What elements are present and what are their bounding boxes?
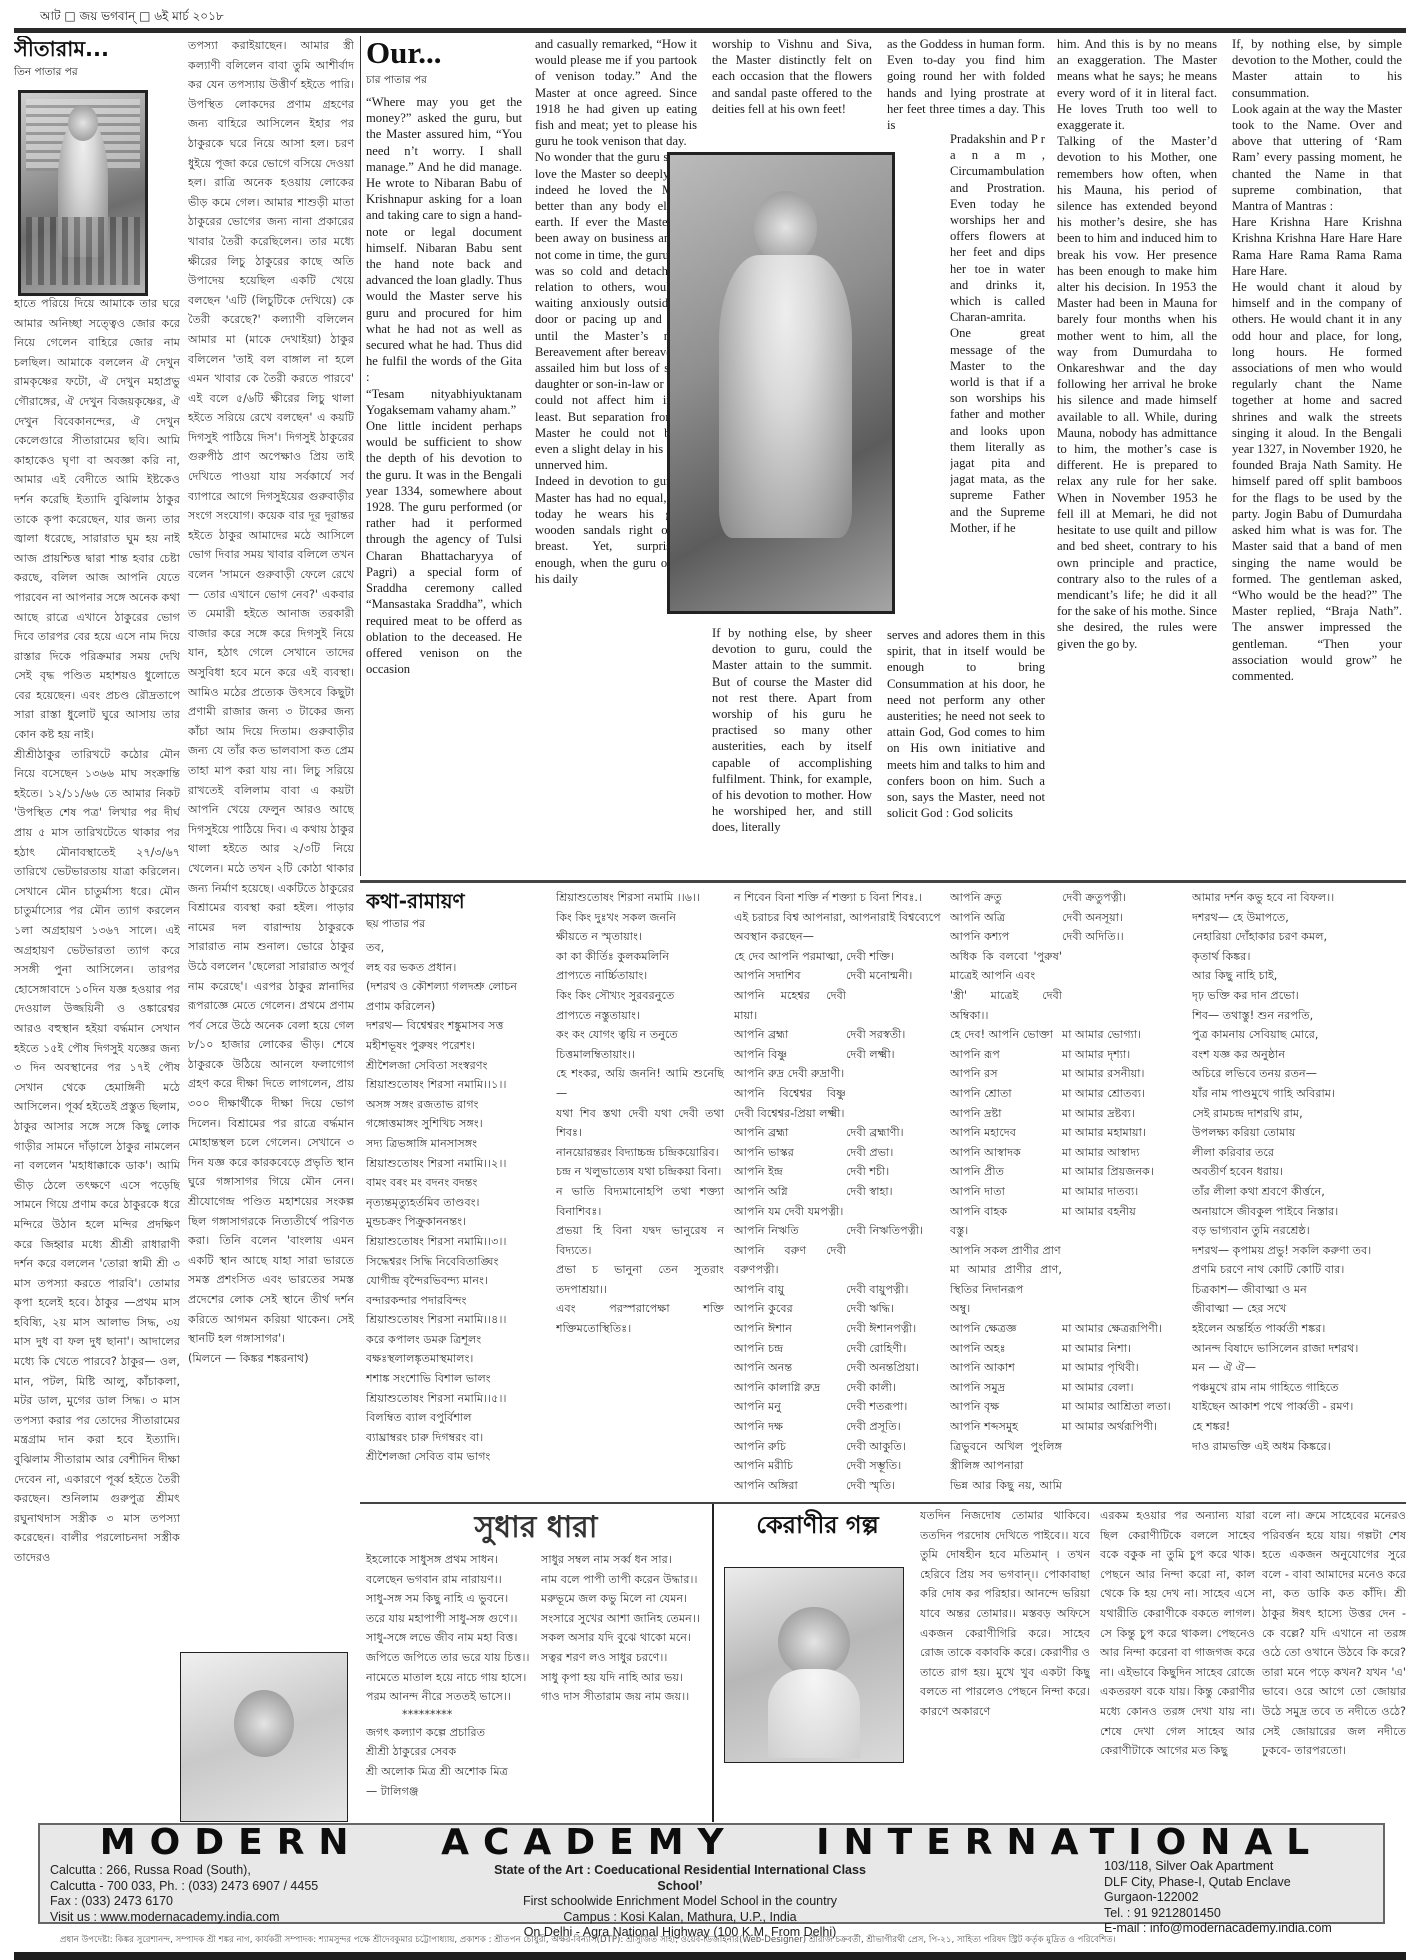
verse-line: আপনি কালাগ্নি রুদ্রদেবী কালী। [734, 1378, 944, 1398]
verse-line: শ্রিয়াশুতোষং শিরসা নমামি ।।৬।। [556, 888, 724, 908]
verse-right: মা আমার পৃথিবী। [1062, 1358, 1139, 1378]
verse-right: দেবী সম্ভূতি। [846, 1456, 901, 1476]
verse-line: আপনি পুলস্ত্যদেবী প্রীতি। [734, 1495, 944, 1498]
sitaram-continued: তিন পাতার পর [14, 64, 180, 80]
verse-line: ইহলোকে সাধুসঙ্গ প্রথম সাধন। [366, 1550, 531, 1570]
verse-line: অধিক কি বলবো 'পুরুষ' মাত্রেই আপনি এবং [950, 947, 1180, 986]
our-text-col5: him. And this is by no means an exaggera… [1057, 36, 1217, 652]
verse-line: আপনি সদাশিবদেবী মনোন্মনী। [734, 966, 944, 986]
verse-left: আপনি বরুণ দেবী বরুণপত্নী। [734, 1241, 846, 1280]
verse-line: শশাঙ্ক সংশোভি বিশাল ভালং [366, 1369, 546, 1389]
verse-line: আপনি বরুণ দেবী বরুণপত্নী। [734, 1241, 944, 1280]
verse-line: বস্তু। [950, 1221, 1180, 1241]
verse-right: মা আমার ভোগ্যা। [1062, 1025, 1141, 1045]
katha-col3: ন শিবেন বিনা শক্তি র্ন শক্ত্যা চ বিনা শি… [734, 888, 944, 1498]
verse-right: মা আমার আস্বাদ্য [1062, 1143, 1139, 1163]
verse-line: জপিতে জপিতে তার ভরে যায় চিত্ত।। [366, 1648, 531, 1668]
katha-col1-lines: তব,লহ বর ভকত প্রধান।(দশরথ ও কৌশল্যা গলদশ… [366, 938, 546, 1467]
verse-left: আপনি রুচি [734, 1437, 846, 1457]
kerani-col3: বলে না। ক্রমে সাহেবের মনেরও পরিবর্ত্তন হ… [1262, 1506, 1406, 1822]
verse-line: নাম বলে পাপী তাপী করেন উদ্ধার।। [541, 1570, 706, 1590]
verse-right: দেবী বায়ুপত্নী। [846, 1280, 908, 1300]
verse-left: আপনি অঙ্গিরা [734, 1476, 846, 1496]
ad-campus-info: State of the Art : Coeducational Residen… [470, 1863, 890, 1941]
verse-line: আর কিছু নাহি চাই, [1192, 966, 1406, 986]
verse-line: — টালিগঞ্জ [366, 1782, 706, 1802]
our-text-col4-top: as the Goddess in human form. Even to-da… [887, 36, 1045, 133]
verse-line: আপনি রূপমা আমার দৃশ্যা। [950, 1045, 1180, 1065]
ad-modern-academy: MODERN ACADEMY INTERNATIONAL Calcutta : … [38, 1823, 1385, 1924]
verse-left: 'স্ত্রী' মাত্রেই দেবী অম্বিকা।। [950, 986, 1062, 1025]
verse-right: দেবী শতরূপা। [846, 1397, 907, 1417]
verse-line: শ্রিয়াশুতোষং শিরসা নমামি।।৩।। [366, 1232, 546, 1252]
verse-line: আপনি অঙ্গিরাদেবী স্মৃতি। [734, 1476, 944, 1496]
verse-line: 'স্ত্রী' মাত্রেই দেবী অম্বিকা।। [950, 986, 1180, 1025]
verse-line: সেই রামচন্দ্র দাশরথি রাম, [1192, 1104, 1406, 1124]
verse-line: বলেছেন ভগবান রাম নারায়ণ।। [366, 1570, 531, 1590]
verse-line: আপনি দক্ষদেবী প্রসূতি। [734, 1417, 944, 1437]
verse-line: নামেতে মাতাল হয়ে নাচে গায় হাসে। [366, 1668, 531, 1688]
verse-line: ন শিবেন বিনা শক্তি র্ন শক্ত্যা চ বিনা শি… [734, 888, 944, 908]
verse-line: সত্বর শরণ লও সাধুর চরণে।। [541, 1648, 706, 1668]
verse-line: জীবাত্মা — হের সখে [1192, 1299, 1406, 1319]
katha-continued: ছয় পাতার পর [366, 916, 546, 932]
verse-line: পরম আনন্দ নীরে সততই ভাসে।। [366, 1687, 531, 1707]
sudhar-title: সুধার ধারা [366, 1506, 706, 1550]
verse-line: সিদ্ধেশ্বরং সিদ্ধি নিবেবিতাঙ্ঘিং [366, 1252, 546, 1272]
verse-line: তরে যায় মহাপাপী সাধু-সঙ্গ গুণে।। [366, 1609, 531, 1629]
ad-title: MODERN ACADEMY INTERNATIONAL [40, 1823, 1383, 1863]
verse-line: আপনি ইন্দ্রদেবী শচী। [734, 1162, 944, 1182]
verse-left: আপনি ক্রতু [950, 888, 1062, 908]
verse-line: নানয়োরন্তরং বিদ্যাচ্চন্দ্র চন্দ্রিকয়োর… [556, 1143, 724, 1163]
verse-line: আপনি বিশ্বেশ্বর বিষ্ণু দেবী বিশ্বেশ্বর-প… [734, 1084, 944, 1123]
verse-left: আপনি অগ্নি [734, 1182, 846, 1202]
verse-right: মা আমার শ্রোতব্য। [1062, 1084, 1145, 1104]
verse-line: অসঙ্গ সঙ্গং রজতাভ রাগং [366, 1095, 546, 1115]
verse-line: বন্দারকন্দার পদারবিন্দং [366, 1291, 546, 1311]
verse-right: মা আমার ক্ষেত্ররূপিণী। [1062, 1319, 1162, 1339]
verse-line: কৃতার্থ কিঙ্কর। [1192, 947, 1406, 967]
verse-line: সাধু-সঙ্গ সম কিছু নাহি এ ভুবনে। [366, 1589, 531, 1609]
verse-line: অবস্থান করছেন— [734, 927, 944, 947]
verse-line: আপনি নিঋতিদেবী নিঋতিপত্নী। [734, 1221, 944, 1241]
verse-line: আপনি চন্দ্রদেবী রোহিণী। [734, 1339, 944, 1359]
verse-line: বক্ষঃস্থলালঙ্কৃতমাস্থমালং। [366, 1349, 546, 1369]
verse-line: উপলক্ষ্য করিয়া তোমায় [1192, 1123, 1406, 1143]
verse-left: আপনি বাহক [950, 1202, 1062, 1222]
ad-website-link[interactable]: Visit us : www.modernacademy.india.com [50, 1910, 318, 1926]
verse-right: দেবী ঋদ্ধি। [846, 1299, 894, 1319]
verse-line: আপনি শব্দসমুহমা আমার অর্থরূপিণী। [950, 1417, 1180, 1437]
ad-right-line: Gurgaon-122002 [1104, 1890, 1332, 1906]
sudhar-col1: ইহলোকে সাধুসঙ্গ প্রথম সাধন।বলেছেন ভগবান … [366, 1550, 531, 1707]
verse-right: মা আমার প্রিয়জনক। [1062, 1162, 1154, 1182]
verse-line: মন — ঐ ঐ— [1192, 1358, 1406, 1378]
verse-left: আপনি বিশ্বেশ্বর বিষ্ণু দেবী বিশ্বেশ্বর-প… [734, 1084, 846, 1123]
verse-right: মা আমার বহনীয় [1062, 1202, 1136, 1222]
verse-left: আপনি রুদ্র দেবী রুদ্রাণী। [734, 1064, 846, 1084]
verse-line: ব্যাঘ্রাম্বরং চারু দিগম্বরং বা। [366, 1428, 546, 1448]
verse-line: নেহারিয়া দোঁহাকার চরণ কমল, [1192, 927, 1406, 947]
verse-right: দেবী লক্ষ্মী। [846, 1045, 895, 1065]
verse-line: যোগীন্দ্র বৃন্দৈরভিবন্দ্য মানং। [366, 1271, 546, 1291]
verse-line: শিব— তথাস্তু! শুন নরপতি, [1192, 1006, 1406, 1026]
verse-left: ভিন্ন আর কিছু নয়, আমি আপনাদের [950, 1476, 1062, 1498]
katha-col4-lines: আপনি ক্রতুদেবী ক্রতুপত্নী।আপনি অত্রিদেবী… [950, 888, 1180, 1498]
verse-right: দেবী স্মৃতি। [846, 1476, 895, 1496]
verse-left: আপনি মহাদেব [950, 1123, 1062, 1143]
verse-left: আপনি পুলস্ত্য [734, 1495, 846, 1498]
verse-line: যথা শিব স্তথা দেবী যথা দেবী তথা শিবঃ। [556, 1104, 724, 1143]
column-divider-2 [712, 1504, 714, 1822]
verse-line: আপনি মহেশ্বর দেবী মায়া। [734, 986, 944, 1025]
verse-line: আপনি মরীচিদেবী সম্ভূতি। [734, 1456, 944, 1476]
verse-left: অধিক কি বলবো 'পুরুষ' মাত্রেই আপনি এবং [950, 947, 1062, 986]
verse-line: আপনি বিষ্ণুদেবী লক্ষ্মী। [734, 1045, 944, 1065]
sudhar-credits: জগৎ কল্যাণ কল্পে প্রচারিতশ্রীশ্রী ঠাকুরে… [366, 1723, 706, 1801]
verse-left: আপনি ঈশান [734, 1319, 846, 1339]
verse-left: হে দেব! আপনি ভোক্তা [950, 1025, 1062, 1045]
kerani-col1: যতদিন নিজদোষ তোমার থাকিবে। ততদিন পরদোষ দ… [920, 1506, 1090, 1822]
verse-line: প্রভা চ ভানুনা তেন সুতরাং তদপাশ্রয়া।। [556, 1260, 724, 1299]
verse-left: আপনি কুবের [734, 1299, 846, 1319]
verse-line: মহীশভূষং পুরুষং পরেশং। [366, 1036, 546, 1056]
verse-left: বস্তু। [950, 1221, 1062, 1241]
verse-line: লহ বর ভকত প্রধান। [366, 958, 546, 978]
verse-line: সকল অসার যদি বুঝে থাকো মনে। [541, 1628, 706, 1648]
ad-mid-line: Campus : Kosi Kalan, Mathura, U.P., Indi… [470, 1910, 890, 1926]
verse-line: হে শঙ্কর! [1192, 1417, 1406, 1437]
katha-col2: শ্রিয়াশুতোষং শিরসা নমামি ।।৬।।কিং কিং দ… [556, 888, 724, 1498]
verse-left: আপনি সকল প্রাণীর প্রাণ [950, 1241, 1062, 1261]
verse-line: আনন্দ বিষাদে ভাসিলেন রাজা দশরথ। [1192, 1339, 1406, 1359]
katha-col4: আপনি ক্রতুদেবী ক্রতুপত্নী।আপনি অত্রিদেবী… [950, 888, 1180, 1498]
top-rule [14, 28, 1406, 33]
verse-line: চিত্রকাশ— জীবাত্মা ও মন [1192, 1280, 1406, 1300]
verse-left: আপনি রূপ [950, 1045, 1062, 1065]
our-col1: Our... চার পাতার পর “Where may you get t… [366, 36, 522, 876]
kerani-col2: এরকম হওয়ার পর অন্যান্য যারা ছিল কেরাণীট… [1100, 1506, 1255, 1822]
verse-left: মা আমার প্রাণীর প্রাণ, স্থিতির নিদানরূপ [950, 1260, 1062, 1299]
verse-line: আপনি ব্রহ্মাদেবী ব্রহ্মাণী। [734, 1123, 944, 1143]
verse-line: অম্বু। [950, 1299, 1180, 1319]
verse-line: কিং কিং সৌখ্যং সুরবরনুতে [556, 986, 724, 1006]
katha-col2-lines: শ্রিয়াশুতোষং শিরসা নমামি ।।৬।।কিং কিং দ… [556, 888, 724, 1339]
verse-line: আপনি বৃক্ষমা আমার আশ্রিতা লতা। [950, 1397, 1180, 1417]
ad-left-line: Calcutta : 266, Russa Road (South), [50, 1863, 318, 1879]
our-title: Our... [366, 36, 522, 70]
verse-left: আপনি অত্রি [950, 908, 1062, 928]
verse-line: আপনি অত্রিদেবী অনসূয়া। [950, 908, 1180, 928]
verse-line: বড় ভাগ্যবান তুমি নরশ্রেষ্ঠ। [1192, 1221, 1406, 1241]
our-col4-top: as the Goddess in human form. Even to-da… [887, 36, 1045, 146]
verse-line: হে দেব! আপনি ভোক্তামা আমার ভোগ্যা। [950, 1025, 1180, 1045]
sudhar-block: সুধার ধারা ইহলোকে সাধুসঙ্গ প্রথম সাধন।বল… [366, 1506, 706, 1826]
verse-line: গঙ্গোত্তমাঙ্গং সুশিখিচ সঙ্গং। [366, 1114, 546, 1134]
ad-address-calcutta: Calcutta : 266, Russa Road (South), Calc… [50, 1863, 318, 1925]
verse-left: আপনি প্রীত [950, 1162, 1062, 1182]
verse-right: দেবী শচী। [846, 1162, 889, 1182]
verse-right: দেবী অনসূয়া। [1062, 908, 1123, 928]
verse-line: বামং বৰং মং বদনং বদন্তং [366, 1173, 546, 1193]
verse-left: আপনি মরীচি [734, 1456, 846, 1476]
verse-line: আপনি সকল প্রাণীর প্রাণ [950, 1241, 1180, 1261]
verse-left: আপনি কশ্যপ [950, 927, 1062, 947]
verse-line: শ্রী অলোক মিত্র শ্রী অশোক মিত্র [366, 1762, 706, 1782]
our-text-col3-bottom: If by nothing else, by sheer devotion to… [712, 625, 872, 836]
verse-line: আপনি ব্রহ্মাদেবী সরস্বতী। [734, 1025, 944, 1045]
verse-right: মা আমার দৃশ্যা। [1062, 1045, 1130, 1065]
verse-left: আপনি অনন্ত [734, 1358, 846, 1378]
verse-right: দেবী প্রীতি। [846, 1495, 897, 1498]
verse-line: শ্রিয়াশুতোষং শিরসা নমামি।।১।। [366, 1075, 546, 1095]
sitaram-title: সীতারাম... [14, 36, 180, 62]
ad-right-line: DLF City, Phase-I, Qutab Enclave [1104, 1875, 1332, 1891]
verse-line: (দশরথ ও কৌশল্যা গলদশ্রু লোচন [366, 977, 546, 997]
verse-line: বিলম্বিত ব্যাল বপুর্বিশাল [366, 1408, 546, 1428]
verse-line: আপনি ক্রতুদেবী ক্রতুপত্নী। [950, 888, 1180, 908]
verse-right: মা আমার দ্রষ্টব্য। [1062, 1104, 1135, 1124]
verse-left: আপনি বৃক্ষ [950, 1397, 1062, 1417]
verse-left: আপনি মনু [734, 1397, 846, 1417]
verse-left: আপনি দাতা [950, 1182, 1062, 1202]
verse-line: যাঁর নাম পাণ্ডমুখে গাহি অবিরাম। [1192, 1084, 1406, 1104]
our-col4-side: Pradakshin and P r a n a m , Circumambul… [950, 131, 1045, 627]
verse-line: চন্দ্র ন খলুভাত্যেষ যথা চন্দ্রিকয়া বিনা… [556, 1162, 724, 1182]
verse-line: কা কা কীর্তিঃ কুলকমলিনি [556, 947, 724, 967]
verse-line: দৃঢ় ভক্তি কর দান প্রভো। [1192, 986, 1406, 1006]
verse-right: মা আমার আশ্রিতা লতা। [1062, 1397, 1171, 1417]
verse-line: আপনি রুদ্র দেবী রুদ্রাণী। [734, 1064, 944, 1084]
verse-left: আপনি শ্রোতা [950, 1084, 1062, 1104]
verse-line: আপনি সমুদ্রমা আমার বেলা। [950, 1378, 1180, 1398]
verse-line: আপনি শ্রোতামা আমার শ্রোতব্য। [950, 1084, 1180, 1104]
verse-line: সাধু-সঙ্গে লভে জীব নাম মহা বিত্ত। [366, 1628, 531, 1648]
verse-right: দেবী ঈশানপত্নী। [846, 1319, 916, 1339]
verse-right: দেবী প্রভা। [846, 1143, 893, 1163]
verse-line: হে দেব আপনি পরমাত্মা,দেবী শক্তি। [734, 947, 944, 967]
verse-line: করে কপালং ডমরু ত্রিশূলং [366, 1330, 546, 1350]
verse-line: আমার দর্শন কভু হবে না বিফল।। [1192, 888, 1406, 908]
our-text-col6: If, by nothing else, by simple devotion … [1232, 36, 1402, 684]
verse-line: আপনি ক্ষেত্রজ্ঞমা আমার ক্ষেত্ররূপিণী। [950, 1319, 1180, 1339]
verse-line: আপনি অগ্নিদেবী স্বাহা। [734, 1182, 944, 1202]
verse-right: দেবী কালী। [846, 1378, 896, 1398]
verse-line: আপনি বায়ুদেবী বায়ুপত্নী। [734, 1280, 944, 1300]
verse-line: দশরথ— বিশ্বেশ্বরং শঙ্কুমাসব সত্ত [366, 1016, 546, 1036]
katha-col3-lines: ন শিবেন বিনা শক্তি র্ন শক্ত্যা চ বিনা শি… [734, 888, 944, 1498]
verse-left: আপনি মহেশ্বর দেবী মায়া। [734, 986, 846, 1025]
verse-line: আপনি মনুদেবী শতরূপা। [734, 1397, 944, 1417]
sitaram-col2: তপস্যা করাইয়াছেন। আমার স্ত্রী কল্যাণী ব… [188, 36, 354, 1466]
verse-line: আপনি অনন্তদেবী অনন্তপ্রিয়া। [734, 1358, 944, 1378]
verse-line: সাধুর সম্বল নাম সর্ব্ব ধন সার। [541, 1550, 706, 1570]
ad-mid-line: First schoolwide Enrichment Model School… [470, 1894, 890, 1910]
section-rule-2 [360, 1502, 1406, 1504]
katha-col5: আমার দর্শন কভু হবে না বিফল।।দশরথ— হে উমা… [1192, 888, 1406, 1498]
verse-line: শ্রীশৈলজা সেবিত বাম ভাগং [366, 1447, 546, 1467]
katha-title: কথা-রামায়ণ [366, 888, 546, 914]
ad-tagline: State of the Art : Coeducational Residen… [470, 1863, 890, 1894]
verse-right: দেবী ব্রহ্মাণী। [846, 1123, 904, 1143]
sudhar-col2: সাধুর সম্বল নাম সর্ব্ব ধন সার।নাম বলে পা… [541, 1550, 706, 1707]
photo-saint-closeup [724, 1567, 904, 1763]
verse-line: ক্ষীয়তে ন স্মৃতায়াং। [556, 927, 724, 947]
verse-line: প্রাপ্যতে নস্তুতায়াং। [556, 1006, 724, 1026]
ad-right-line: 103/118, Silver Oak Apartment [1104, 1859, 1332, 1875]
kerani-title: কেরাণীর গল্প [720, 1508, 915, 1542]
verse-line: আপনি দ্রষ্টামা আমার দ্রষ্টব্য। [950, 1104, 1180, 1124]
verse-line: অনায়াসে জীবকুল পাইবে নিস্তার। [1192, 1202, 1406, 1222]
photo-master-seated [667, 152, 895, 614]
verse-left: আপনি ক্ষেত্রজ্ঞ [950, 1319, 1062, 1339]
verse-right: মা আমার নিশা। [1062, 1339, 1131, 1359]
verse-left: আপনি সমুদ্র [950, 1378, 1062, 1398]
verse-right: দেবী অদিতি।। [1062, 927, 1124, 947]
verse-left: ত্রিভুবনে অখিল পুংলিঙ্গ স্ত্রীলিঙ্গ আপনা… [950, 1437, 1062, 1476]
verse-left: আপনি ব্রহ্মা [734, 1123, 846, 1143]
verse-right: দেবী প্রসূতি। [846, 1417, 901, 1437]
verse-line: শ্রীশৈলজা সেবিতা সংস্বরণং [366, 1056, 546, 1076]
ad-phone: Tel. : 91 9212801450 [1104, 1906, 1332, 1922]
verse-line: আপনি প্রীতমা আমার প্রিয়জনক। [950, 1162, 1180, 1182]
verse-right: দেবী শক্তি। [846, 947, 894, 967]
verse-left: আপনি দ্রষ্টা [950, 1104, 1062, 1124]
verse-left: আপনি রস [950, 1064, 1062, 1084]
verse-line: আপনি আস্বাদকমা আমার আস্বাদ্য [950, 1143, 1180, 1163]
verse-line: তব, [366, 938, 546, 958]
verse-line: নৃত্যন্তমৃত্যুহর্তমিব তাণ্ডবং। [366, 1193, 546, 1213]
verse-left: আপনি বিষ্ণু [734, 1045, 846, 1065]
verse-right: দেবী মনোন্মনী। [846, 966, 912, 986]
verse-left: আপনি সদাশিব [734, 966, 846, 986]
our-col3-bottom: If by nothing else, by sheer devotion to… [712, 625, 872, 875]
kerani-text-col1: যতদিন নিজদোষ তোমার থাকিবে। ততদিন পরদোষ দ… [920, 1506, 1090, 1722]
our-text-col4-bottom: serves and adores them in this spirit, t… [887, 627, 1045, 821]
bottom-rule [14, 1952, 1406, 1960]
our-col3-top: worship to Vishnu and Siva, the Master d… [712, 36, 872, 146]
verse-line: এবং পরস্পরাপেক্ষা শক্তি শক্তিমতোস্থিতিঃ। [556, 1299, 724, 1338]
verse-line: আপনি রসমা আমার রসনীয়া। [950, 1064, 1180, 1084]
verse-line: কং কং যোগং ত্বয়ি ন তনুতে [556, 1025, 724, 1045]
our-col4-bottom: serves and adores them in this spirit, t… [887, 627, 1045, 877]
our-text-col3-top: worship to Vishnu and Siva, the Master d… [712, 36, 872, 117]
verse-line: আপনি দাতামা আমার দাতব্য। [950, 1182, 1180, 1202]
verse-line: আপনি রুচিদেবী আকুতি। [734, 1437, 944, 1457]
verse-line: পুত্র কামনায় সেবিয়াছ মোরে, [1192, 1025, 1406, 1045]
verse-line: সদ্য ত্রিভঙ্গাঙ্গি মানসাসঙ্গং [366, 1134, 546, 1154]
verse-line: আপনি কুবেরদেবী ঋদ্ধি। [734, 1299, 944, 1319]
verse-right: দেবী স্বাহা। [846, 1182, 893, 1202]
sudhar-stars: ********* [366, 1707, 706, 1723]
sitaram-text-2: শ্রীশ্রীঠাকুর তারিখটে কঠোর মৌন নিয়ে বসে… [14, 745, 180, 1568]
verse-line: সংসারে সুখের আশা জানিহ তেমন।। [541, 1609, 706, 1629]
verse-line: আপনি ঈশানদেবী ঈশানপত্নী। [734, 1319, 944, 1339]
photo-saint-seated [18, 90, 148, 296]
verse-left: আপনি বায়ু [734, 1280, 846, 1300]
verse-line: শ্রিয়াশুতোষং শিরসা নমামি।।২।। [366, 1154, 546, 1174]
verse-right: দেবী নিঋতিপত্নী। [846, 1221, 923, 1241]
page-folio: আট □ জয় ভগবান্ □ ৬ই মার্চ ২০১৮ [40, 8, 224, 28]
verse-left: আপনি আস্বাদক [950, 1143, 1062, 1163]
verse-left: আপনি কালাগ্নি রুদ্র [734, 1378, 846, 1398]
verse-line: দশরথ— কৃপাময় প্রভু! সকলি করুণা তব। [1192, 1241, 1406, 1261]
verse-line: এই চরাচর বিশ্ব আপনারা, আপনারাই বিশ্বব্যে… [734, 908, 944, 928]
verse-left: আপনি দক্ষ [734, 1417, 846, 1437]
verse-left: অম্বু। [950, 1299, 1062, 1319]
verse-right: মা আমার অর্থরূপিণী। [1062, 1417, 1157, 1437]
verse-line: জগৎ কল্যাণ কল্পে প্রচারিত [366, 1723, 706, 1743]
verse-line: আপনি আকাশমা আমার পৃথিবী। [950, 1358, 1180, 1378]
verse-line: কিং কিং দুঃখং সকল জননি [556, 908, 724, 928]
verse-line: আপনি কশ্যপদেবী অদিতি।। [950, 927, 1180, 947]
verse-line: প্রণাম করিলেন) [366, 997, 546, 1017]
kerani-text-col2: এরকম হওয়ার পর অন্যান্য যারা ছিল কেরাণীট… [1100, 1506, 1255, 1761]
verse-line: লীলা করিবার তরে [1192, 1143, 1406, 1163]
verse-line: আপনি বাহকমা আমার বহনীয় [950, 1202, 1180, 1222]
verse-line: গাও দাস সীতারাম জয় নাম জয়।। [541, 1687, 706, 1707]
katha-col1: কথা-রামায়ণ ছয় পাতার পর তব,লহ বর ভকত প্… [366, 888, 546, 1498]
verse-left: আপনি শব্দসমুহ [950, 1417, 1062, 1437]
our-text-col1: “Where may you get the money?” asked the… [366, 94, 522, 677]
verse-line: আপনি যম দেবী যমপত্নী। [734, 1202, 944, 1222]
ad-address-gurgaon: 103/118, Silver Oak Apartment DLF City, … [1104, 1859, 1332, 1937]
verse-right: মা আমার মহামায়া। [1062, 1123, 1146, 1143]
kerani-text-col3: বলে না। ক্রমে সাহেবের মনেরও পরিবর্ত্তন হ… [1262, 1506, 1406, 1761]
verse-line: পঞ্চমুখে রাম নাম গাহিতে গাহিতে [1192, 1378, 1406, 1398]
verse-right: দেবী আকুতি। [846, 1437, 906, 1457]
verse-line: দাও রামভক্তি এই অধম কিঙ্করে। [1192, 1437, 1406, 1457]
verse-left: আপনি আকাশ [950, 1358, 1062, 1378]
verse-right: মা আমার দাতব্য। [1062, 1182, 1138, 1202]
verse-line: আপনি মহাদেবমা আমার মহামায়া। [950, 1123, 1180, 1143]
sitaram-text-col2: তপস্যা করাইয়াছেন। আমার স্ত্রী কল্যাণী ব… [188, 36, 354, 1349]
verse-left: আপনি নিঋতি [734, 1221, 846, 1241]
verse-right: দেবী ক্রতুপত্নী। [1062, 888, 1126, 908]
our-col5: him. And this is by no means an exaggera… [1057, 36, 1217, 876]
our-col6: If, by nothing else, by simple devotion … [1232, 36, 1402, 876]
verse-left: আপনি ভাস্কর [734, 1143, 846, 1163]
verse-line: মুন্ডচক্রং পিক্রুকাননন্তং। [366, 1212, 546, 1232]
verse-right: মা আমার বেলা। [1062, 1378, 1134, 1398]
verse-left: আপনি ইন্দ্র [734, 1162, 846, 1182]
section-rule [360, 880, 1406, 883]
verse-right: দেবী সরস্বতী। [846, 1025, 905, 1045]
verse-line: বংশ যজ্ঞ কর অনুষ্ঠান [1192, 1045, 1406, 1065]
verse-right: দেবী রোহিণী। [846, 1339, 906, 1359]
verse-line: দশরথ— হে উমাপতে, [1192, 908, 1406, 928]
verse-left: আপনি অহঃ [950, 1339, 1062, 1359]
verse-line: ভিন্ন আর কিছু নয়, আমি আপনাদের [950, 1476, 1180, 1498]
sitaram-text-1: হাতে পরিয়ে দিয়ে আমাকে তার ঘরে আমার অনি… [14, 294, 180, 745]
verse-line: আপনি অহঃমা আমার নিশা। [950, 1339, 1180, 1359]
verse-line: চিত্তমালম্বিতায়াং।। [556, 1045, 724, 1065]
verse-line: প্রভয়া হি বিনা যদ্বদ ভানুরেষ ন বিদ্যতে। [556, 1221, 724, 1260]
verse-left: আপনি চন্দ্র [734, 1339, 846, 1359]
verse-line: অবতীর্ণ হবেন ধরায়। [1192, 1162, 1406, 1182]
sitaram-signoff: (মিলনে — কিঙ্কর শঙ্করনাথ) [188, 1349, 354, 1369]
verse-line: হে শংকর, অয়ি জননি! আমি শুনেছি — [556, 1064, 724, 1103]
verse-line: মরুভূমে জল কভু মিলে না যেমন। [541, 1589, 706, 1609]
our-continued: চার পাতার পর [366, 72, 522, 88]
verse-line: অচিরে লভিবে তনয় রতন— [1192, 1064, 1406, 1084]
verse-left: হে দেব আপনি পরমাত্মা, [734, 947, 846, 967]
katha-col5-lines: আমার দর্শন কভু হবে না বিফল।।দশরথ— হে উমা… [1192, 888, 1406, 1456]
our-text-col4-side: Pradakshin and P r a n a m , Circumambul… [950, 131, 1045, 536]
verse-line: প্রাপ্যতে নার্চ্চিতায়াং। [556, 966, 724, 986]
imprint-line: প্রধান উপদেষ্টা: কিঙ্কর সুরেশানন্দ, সম্প… [60, 1933, 1390, 1947]
